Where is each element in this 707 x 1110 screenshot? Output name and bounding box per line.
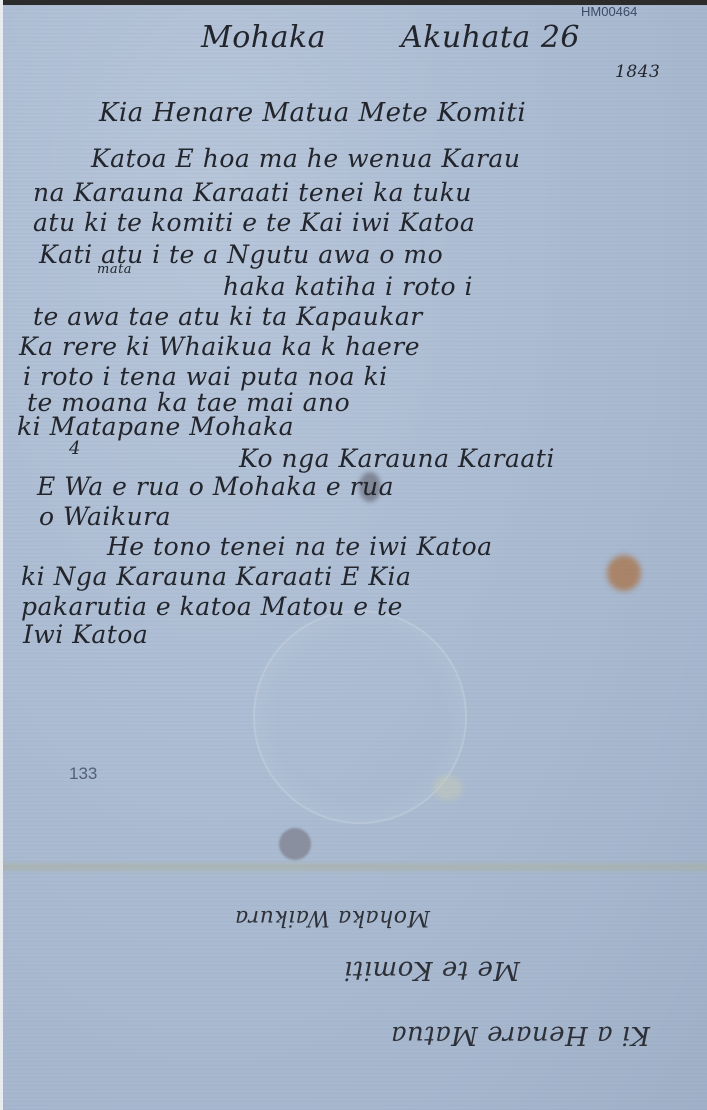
body-line: Katoa E hoa ma he wenua Karau: [91, 144, 520, 173]
body-line: Ko nga Karauna Karaati: [239, 444, 555, 473]
body-line: pakarutia e katoa Matou e te: [21, 592, 403, 621]
address-line-2: Me te Komiti: [344, 955, 521, 985]
ink-blot: [279, 828, 311, 860]
address-block-inverted: Ki a Henare Matua Me te Komiti Mohaka Wa…: [3, 880, 707, 1080]
catalog-number: HM00464: [581, 4, 637, 19]
rust-stain: [607, 555, 641, 591]
body-line: o Waikura: [39, 502, 171, 531]
body-line: i roto i tena wai puta noa ki: [23, 362, 388, 391]
salutation: Kia Henare Matua Mete Komiti: [99, 98, 526, 128]
insertion-above: mata: [97, 262, 132, 277]
header-year: 1843: [615, 62, 660, 82]
body-line: Iwi Katoa: [23, 620, 148, 649]
header-place: Mohaka: [201, 20, 326, 55]
body-line: ki Matapane Mohaka: [17, 412, 294, 441]
body-line: na Karauna Karaati tenei ka tuku: [33, 178, 472, 207]
body-line: Ka rere ki Whaikua ka k haere: [19, 332, 420, 361]
address-line-1: Ki a Henare Matua: [391, 1020, 650, 1050]
body-line: He tono tenei na te iwi Katoa: [107, 532, 493, 561]
header-date: Akuhata 26: [401, 20, 580, 55]
body-line: E Wa e rua o Mohaka e rua: [37, 472, 394, 501]
paper-fold: [3, 860, 707, 874]
pencil-folio-number: 133: [69, 764, 97, 784]
foxing-stain: [433, 775, 463, 801]
margin-number: 4: [69, 438, 81, 459]
body-line: ki Nga Karauna Karaati E Kia: [21, 562, 411, 591]
body-line: atu ki te komiti e te Kai iwi Katoa: [33, 208, 475, 237]
address-line-3: Mohaka Waikura: [235, 905, 430, 930]
body-line: haka katiha i roto i: [223, 272, 473, 301]
letter-page: HM00464 Mohaka Akuhata 26 1843 Kia Henar…: [0, 0, 707, 1110]
body-line: te awa tae atu ki ta Kapaukar: [33, 302, 423, 331]
